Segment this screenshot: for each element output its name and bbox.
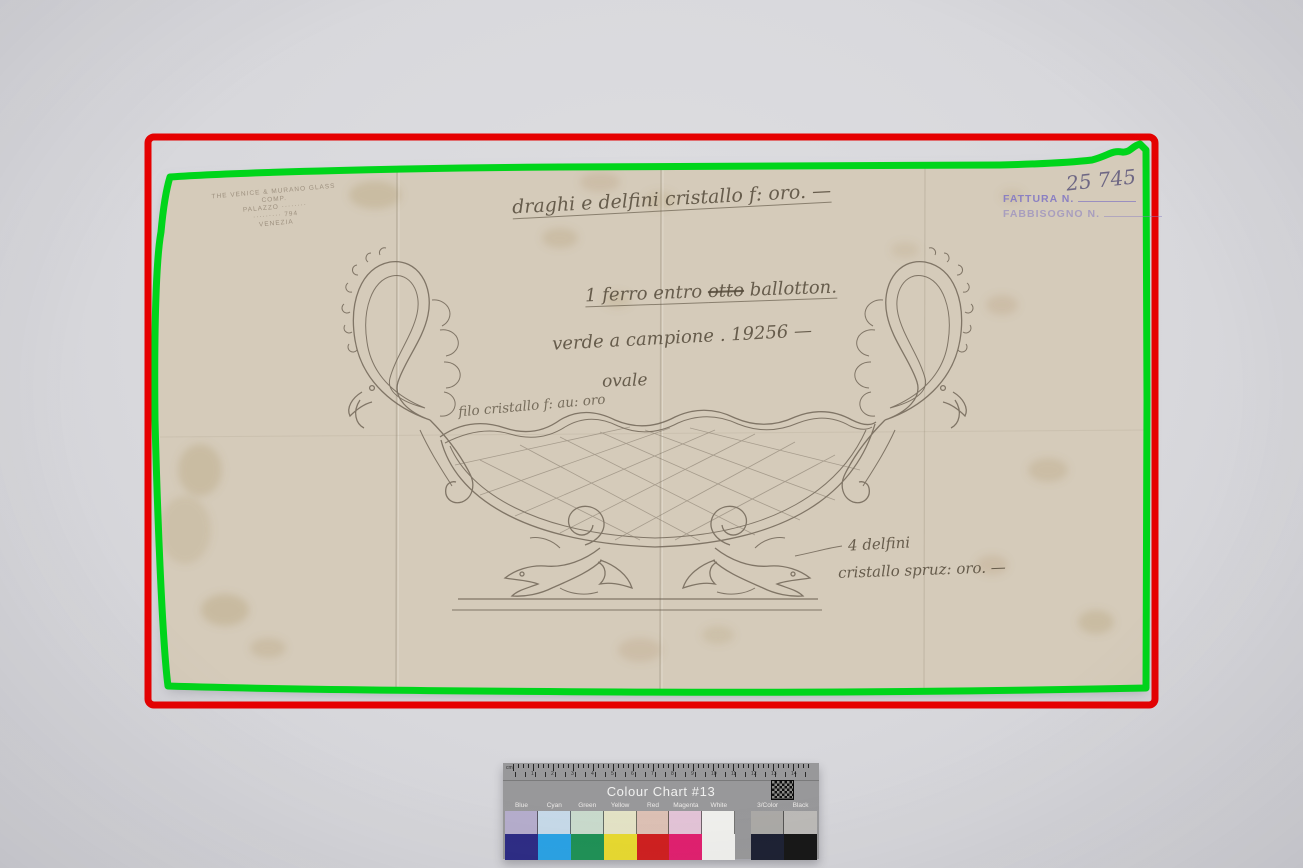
swatch-label: Blue — [505, 801, 538, 811]
ruler-tick — [588, 764, 589, 768]
inscription-ovale: ovale — [602, 370, 648, 392]
ruler-tick — [783, 764, 784, 768]
swatch-label: Green — [571, 801, 604, 811]
ruler-tick — [685, 772, 686, 777]
ruler-tick — [705, 772, 706, 777]
swatch-dark — [604, 834, 637, 860]
ruler-number: 8 — [671, 771, 674, 777]
ruler-tick — [648, 764, 649, 768]
swatch-dark — [702, 834, 735, 860]
swatch-light — [505, 811, 538, 834]
ruler-tick — [583, 764, 584, 768]
ruler-number: 12 — [751, 771, 757, 777]
ruler-tick — [625, 772, 626, 777]
datamatrix-code-icon — [772, 781, 793, 799]
chart-column-green: Green — [571, 801, 604, 860]
chart-column-gap — [735, 801, 751, 860]
ruler-tick — [623, 764, 624, 768]
ruler-tick — [668, 764, 669, 768]
struck-word: otto — [708, 280, 745, 302]
photo-stage: THE VENICE & MURANO GLASS COMP. PALAZZO … — [0, 0, 1303, 868]
chart-column-cyan: Cyan — [538, 801, 571, 860]
chart-column-blue: Blue — [505, 801, 538, 860]
ruler-tick — [653, 764, 654, 771]
ruler-tick — [763, 764, 764, 768]
ruler-tick — [628, 764, 629, 768]
ruler-tick — [643, 764, 644, 768]
swatch-light — [538, 811, 571, 834]
ruler-number: 14 — [791, 771, 797, 777]
swatch-label: Black — [784, 801, 817, 811]
ruler-tick — [555, 772, 556, 777]
ruler-tick — [723, 764, 724, 768]
chart-ruler: cm 1234567891011121314 — [503, 763, 819, 781]
ruler-number: 7 — [651, 771, 654, 777]
ruler-number: 11 — [731, 771, 736, 777]
ruler-tick — [523, 764, 524, 768]
ruler-tick — [765, 772, 766, 777]
ruler-tick — [768, 764, 769, 768]
ruler-unit-label: cm — [506, 765, 513, 771]
ruler-tick — [753, 764, 754, 771]
ruler-tick — [528, 764, 529, 768]
chart-column-red: Red — [637, 801, 670, 860]
ruler-tick — [695, 772, 696, 777]
chart-swatch-columns: BlueCyanGreenYellowRedMagentaWhite3/Colo… — [503, 801, 819, 860]
ruler-tick — [593, 764, 594, 771]
ruler-tick — [663, 764, 664, 768]
swatch-light — [604, 811, 637, 834]
swatch-light — [669, 811, 702, 834]
ruler-tick — [678, 764, 679, 768]
ruler-tick — [515, 772, 516, 777]
ruler-number: 10 — [711, 771, 717, 777]
swatch-dark — [784, 834, 817, 860]
ruler-tick — [575, 772, 576, 777]
colour-calibration-chart: cm 1234567891011121314 Colour Chart #13 … — [503, 763, 819, 859]
ruler-tick — [805, 772, 806, 777]
ruler-tick — [633, 764, 634, 771]
ruler-tick — [785, 772, 786, 777]
chart-column-3-color: 3/Color — [751, 801, 784, 860]
ruler-tick — [773, 764, 774, 771]
swatch-label: Cyan — [538, 801, 571, 811]
fabbisogno-stamp: FABBISOGNO N. — [1003, 207, 1162, 222]
ruler-tick — [675, 772, 676, 777]
ruler-tick — [513, 764, 514, 771]
ruler-tick — [713, 764, 714, 771]
ruler-tick — [798, 764, 799, 768]
swatch-label: Magenta — [669, 801, 702, 811]
ruler-tick — [545, 772, 546, 777]
ruler-tick — [803, 764, 804, 768]
swatch-light — [751, 811, 784, 834]
ruler-tick — [535, 772, 536, 777]
ruler-tick — [778, 764, 779, 768]
ruler-number: 2 — [551, 771, 554, 777]
ruler-tick — [598, 764, 599, 768]
inscription-feet-note-1: 4 delfini — [848, 533, 911, 554]
ruler-tick — [595, 772, 596, 777]
ruler-tick — [788, 764, 789, 768]
ruler-tick — [573, 764, 574, 771]
ruler-tick — [563, 764, 564, 768]
swatch-dark — [538, 834, 571, 860]
chart-column-yellow: Yellow — [604, 801, 637, 860]
ruler-tick — [688, 764, 689, 768]
swatch-light — [571, 811, 604, 834]
ruler-number: 1 — [531, 771, 534, 777]
swatch-light — [702, 811, 735, 834]
ruler-tick — [613, 764, 614, 771]
swatch-label: White — [702, 801, 735, 811]
ruler-tick — [808, 764, 809, 768]
ruler-number: 3 — [571, 771, 574, 777]
ruler-tick — [585, 772, 586, 777]
ruler-tick — [693, 764, 694, 771]
ruler-tick — [683, 764, 684, 768]
ruler-tick — [743, 764, 744, 768]
ruler-tick — [518, 764, 519, 768]
swatch-light — [637, 811, 670, 834]
ruler-tick — [635, 772, 636, 777]
ruler-tick — [703, 764, 704, 768]
ruler-tick — [645, 772, 646, 777]
ruler-tick — [638, 764, 639, 768]
ruler-tick — [698, 764, 699, 768]
ruler-number: 5 — [611, 771, 614, 777]
ruler-number: 9 — [691, 771, 694, 777]
swatch-dark — [637, 834, 670, 860]
ruler-tick — [745, 772, 746, 777]
ruler-tick — [733, 764, 734, 771]
ruler-tick — [718, 764, 719, 768]
swatch-light — [784, 811, 817, 834]
swatch-dark — [505, 834, 538, 860]
chart-title-bar: Colour Chart #13 — [503, 781, 819, 801]
chart-column-black: Black — [784, 801, 817, 860]
ruler-tick — [533, 764, 534, 771]
ruler-tick — [793, 764, 794, 771]
ruler-tick — [605, 772, 606, 777]
ruler-number: 13 — [771, 771, 777, 777]
swatch-dark — [751, 834, 784, 860]
swatch-label: Yellow — [604, 801, 637, 811]
ruler-tick — [553, 764, 554, 771]
ruler-number: 4 — [591, 771, 594, 777]
ruler-tick — [603, 764, 604, 768]
ruler-tick — [538, 764, 539, 768]
ruler-tick — [673, 764, 674, 771]
ruler-tick — [548, 764, 549, 768]
ruler-tick — [738, 764, 739, 768]
swatch-dark — [571, 834, 604, 860]
ruler-tick — [568, 764, 569, 768]
ruler-tick — [608, 764, 609, 768]
ruler-tick — [728, 764, 729, 768]
office-stamps: FATTURA N. FABBISOGNO N. — [1003, 192, 1162, 222]
ruler-tick — [748, 764, 749, 768]
ruler-number: 6 — [631, 771, 634, 777]
swatch-dark — [669, 834, 702, 860]
ruler-tick — [758, 764, 759, 768]
ruler-tick — [578, 764, 579, 768]
ruler-tick — [615, 772, 616, 777]
ruler-tick — [655, 772, 656, 777]
chart-title: Colour Chart #13 — [607, 784, 716, 799]
ruler-tick — [618, 764, 619, 768]
ruler-tick — [558, 764, 559, 768]
chart-column-white: White — [702, 801, 735, 860]
ruler-tick — [665, 772, 666, 777]
ruler-tick — [565, 772, 566, 777]
swatch-label: Red — [637, 801, 670, 811]
swatch-label: 3/Color — [751, 801, 784, 811]
fattura-stamp: FATTURA N. — [1003, 192, 1162, 207]
ruler-tick — [543, 764, 544, 768]
chart-column-magenta: Magenta — [669, 801, 702, 860]
ruler-tick — [725, 772, 726, 777]
ruler-tick — [708, 764, 709, 768]
photographed-drawing — [0, 0, 1303, 868]
ruler-tick — [525, 772, 526, 777]
ruler-tick — [658, 764, 659, 768]
